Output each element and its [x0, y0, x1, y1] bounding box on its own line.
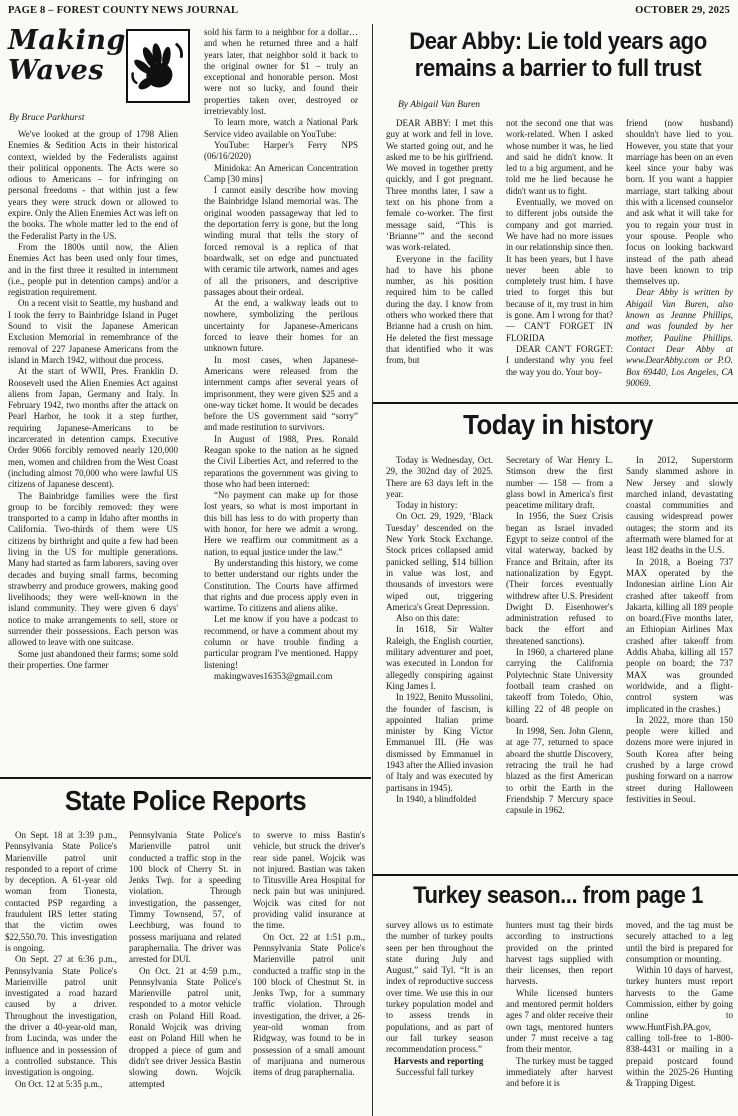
making-waves-header: Making Waves	[8, 26, 190, 103]
paragraph: In 1960, a chartered plane carrying the …	[506, 647, 613, 726]
paragraph: Some just abandoned their farms; some so…	[8, 649, 178, 672]
paragraph: DEAR ABBY: I met this guy at work and fe…	[386, 118, 493, 254]
paragraph: In 2012, Superstorm Sandy slammed ashore…	[626, 455, 733, 557]
paragraph: Dear Abby is written by Abigail Van Bure…	[626, 287, 733, 389]
paragraph: Today is Wednesday, Oct. 29, the 302nd d…	[386, 455, 493, 500]
paragraph: DEAR CAN'T FORGET: I understand why you …	[506, 344, 613, 378]
paragraph: In 1618, Sir Walter Raleigh, the English…	[386, 624, 493, 692]
newspaper-page: { "colors": { "background": "#fbfaf7", "…	[0, 0, 738, 1116]
paragraph: On Oct. 12 at 5:35 p.m.,	[5, 1079, 117, 1090]
masthead: PAGE 8 – FOREST COUNTY NEWS JOURNAL OCTO…	[8, 5, 730, 16]
dear-abby-column-1: DEAR ABBY: I met this guy at work and fe…	[386, 118, 493, 396]
turkey-column-2: hunters must tag their birds according t…	[506, 920, 613, 1116]
paragraph: Minidoka: An American Concentration Camp…	[204, 163, 358, 186]
state-police-title: State Police Reports	[15, 785, 356, 817]
paragraph: In August of 1988, Pres. Ronald Reagan s…	[204, 434, 358, 490]
paragraph: On a recent visit to Seattle, my husband…	[8, 298, 178, 366]
paragraph: By understanding this history, we come t…	[204, 558, 358, 614]
paragraph: In 2022, more than 150 people were kille…	[626, 715, 733, 805]
making-waves-byline: By Bruce Parkhurst	[9, 113, 84, 123]
paragraph: In 1922, Benito Mussolini, the founder o…	[386, 692, 493, 794]
today-column-2: Secretary of War Henry L. Stimson drew t…	[506, 455, 613, 859]
paragraph: On Oct. 29, 1929, ‘Black Tuesday’ descen…	[386, 511, 493, 613]
turkey-season-columns: survey allows us to estimate the number …	[386, 920, 734, 1116]
state-police-column-3: to swerve to miss Bastin's vehicle, but …	[253, 830, 365, 1116]
paragraph: Let me know if you have a podcast to rec…	[204, 614, 358, 670]
making-waves-column-1: We've looked at the group of 1798 Alien …	[8, 129, 178, 773]
dear-abby-columns: DEAR ABBY: I met this guy at work and fe…	[386, 118, 734, 396]
paragraph: On Oct. 22 at 1:51 p.m., Pennsylvania St…	[253, 932, 365, 1079]
today-column-3: In 2012, Superstorm Sandy slammed ashore…	[626, 455, 733, 859]
dear-abby-title: Dear Abby: Lie told years ago remains a …	[396, 28, 720, 82]
state-police-columns: On Sept. 18 at 3:39 p.m., Pennsylvania S…	[5, 830, 367, 1116]
section-divider	[0, 777, 371, 779]
today-in-history-title: Today in history	[396, 409, 720, 441]
today-column-1: Today is Wednesday, Oct. 29, the 302nd d…	[386, 455, 493, 859]
paragraph: hunters must tag their birds according t…	[506, 920, 613, 988]
paragraph: Within 10 days of harvest, turkey hunter…	[626, 965, 733, 1089]
paragraph: Today in history:	[386, 500, 493, 511]
paragraph: “No payment can make up for those lost y…	[204, 490, 358, 558]
paragraph: In 1998, Sen. John Glenn, at age 77, ret…	[506, 726, 613, 816]
paragraph: makingwaves16353@gmail.com	[204, 671, 358, 682]
making-waves-title: Making Waves	[8, 26, 126, 103]
state-police-column-2: Pennsylvania State Police's Marienville …	[129, 830, 241, 1116]
dear-abby-column-3: friend (now husband) shouldn't have lied…	[626, 118, 733, 396]
turkey-season-title: Turkey season... from page 1	[396, 882, 720, 910]
paragraph: On Oct. 21 at 4:59 p.m., Pennsylvania St…	[129, 966, 241, 1090]
paragraph: While licensed hunters and mentored perm…	[506, 988, 613, 1056]
paragraph: In most cases, when Japanese-Americans w…	[204, 355, 358, 434]
waving-hand-icon-box	[126, 29, 190, 103]
page-title: PAGE 8 – FOREST COUNTY NEWS JOURNAL	[8, 5, 238, 16]
paragraph: Also on this date:	[386, 613, 493, 624]
paragraph: Pennsylvania State Police's Marienville …	[129, 830, 241, 966]
state-police-column-1: On Sept. 18 at 3:39 p.m., Pennsylvania S…	[5, 830, 117, 1116]
paragraph: From the 1800s until now, the Alien Enem…	[8, 242, 178, 298]
column-divider	[372, 24, 373, 1116]
paragraph: YouTube: Harper's Ferry NPS (06/16/2020)	[204, 140, 358, 163]
paragraph: On Sept. 18 at 3:39 p.m., Pennsylvania S…	[5, 830, 117, 954]
turkey-column-1: survey allows us to estimate the number …	[386, 920, 493, 1116]
paragraph: friend (now husband) shouldn't have lied…	[626, 118, 733, 287]
paragraph: To learn more, watch a National Park Ser…	[204, 117, 358, 140]
paragraph: The turkey must be tagged immediately af…	[506, 1056, 613, 1090]
section-divider	[373, 402, 738, 404]
paragraph: In 1956, the Suez Crisis began as Israel…	[506, 511, 613, 647]
turkey-column-3: moved, and the tag must be securely atta…	[626, 920, 733, 1116]
paragraph: We've looked at the group of 1798 Alien …	[8, 129, 178, 242]
paragraph: Successful fall turkey	[386, 1067, 493, 1078]
waving-hand-icon	[128, 36, 188, 96]
paragraph: At the end, a walkway leads out to nowhe…	[204, 298, 358, 354]
issue-date: OCTOBER 29, 2025	[635, 5, 730, 16]
paragraph: survey allows us to estimate the number …	[386, 920, 493, 1056]
today-in-history-columns: Today is Wednesday, Oct. 29, the 302nd d…	[386, 455, 734, 859]
dear-abby-column-2: not the second one that was work-related…	[506, 118, 613, 396]
paragraph: Harvests and reporting	[386, 1056, 493, 1067]
paragraph: sold his farm to a neighbor for a dollar…	[204, 27, 358, 117]
paragraph: moved, and the tag must be securely atta…	[626, 920, 733, 965]
dear-abby-byline: By Abigail Van Buren	[398, 100, 480, 110]
paragraph: Everyone in the facility had to have his…	[386, 254, 493, 367]
paragraph: I cannot easily describe how moving the …	[204, 185, 358, 298]
paragraph: On Sept. 27 at 6:36 p.m., Pennsylvania S…	[5, 954, 117, 1078]
paragraph: The Bainbridge families were the first g…	[8, 491, 178, 649]
paragraph: Eventually, we moved on to different job…	[506, 197, 613, 344]
paragraph: Secretary of War Henry L. Stimson drew t…	[506, 455, 613, 511]
paragraph: In 1940, a blindfolded	[386, 794, 493, 805]
section-divider	[373, 874, 738, 876]
paragraph: to swerve to miss Bastin's vehicle, but …	[253, 830, 365, 932]
paragraph: At the start of WWII, Pres. Franklin D. …	[8, 366, 178, 490]
paragraph: In 2018, a Boeing 737 MAX operated by th…	[626, 557, 733, 715]
making-waves-column-2: sold his farm to a neighbor for a dollar…	[204, 27, 358, 753]
paragraph: not the second one that was work-related…	[506, 118, 613, 197]
